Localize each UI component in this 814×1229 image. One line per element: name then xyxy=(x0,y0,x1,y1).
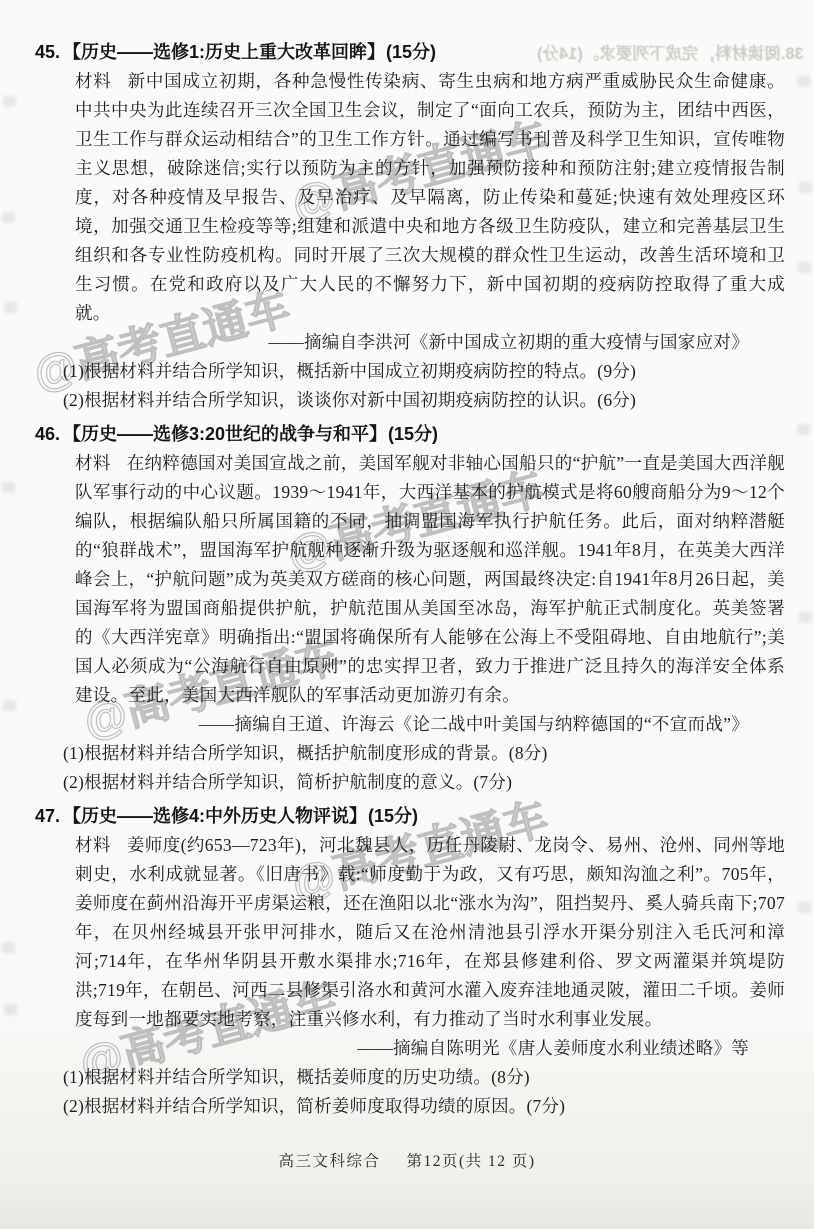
question-heading: 46.【历史——选修3:20世纪的战争与和平】(15分) xyxy=(35,420,786,449)
source-attribution: ——摘编自李洪河《新中国成立初期的重大疫情与国家应对》 xyxy=(75,328,785,357)
material-paragraph: 材料新中国成立初期，各种急慢性传染病、寄生虫病和地方病严重威胁民众生命健康。中共… xyxy=(75,67,785,328)
question-title: 【历史——选修4:中外历史人物评说】 xyxy=(63,806,367,826)
question-heading: 45.【历史——选修1:历史上重大改革回眸】(15分) xyxy=(35,38,786,67)
question-points: (15分) xyxy=(386,42,436,62)
question-heading: 47.【历史——选修4:中外历史人物评说】(15分) xyxy=(35,802,786,831)
material-paragraph: 材料在纳粹德国对美国宣战之前，美国军舰对非轴心国船只的“护航”一直是美国大西洋舰… xyxy=(75,449,785,710)
source-attribution: ——摘编自陈明光《唐人姜师度水利业绩述略》等 xyxy=(75,1034,785,1063)
footer-course-label: 高三文科综合 xyxy=(278,1153,380,1170)
material-paragraph: 材料姜师度(约653—723年)，河北魏县人，历任丹陵尉、龙岗令、易州、沧州、同… xyxy=(75,831,785,1034)
sub-question-1: (1)根据材料并结合所学知识，概括新中国成立初期疫病防控的特点。(9分) xyxy=(63,357,786,386)
question-points: (15分) xyxy=(368,806,418,826)
material-label: 材料 xyxy=(75,835,111,855)
question-47: 47.【历史——选修4:中外历史人物评说】(15分) 材料姜师度(约653—72… xyxy=(35,802,786,1121)
sub-question-2: (2)根据材料并结合所学知识，简析护航制度的意义。(7分) xyxy=(63,768,786,797)
material-label: 材料 xyxy=(75,453,111,473)
material-text: 在纳粹德国对美国宣战之前，美国军舰对非轴心国船只的“护航”一直是美国大西洋舰队军… xyxy=(75,453,785,705)
question-title: 【历史——选修1:历史上重大改革回眸】 xyxy=(63,42,385,62)
sub-question-1: (1)根据材料并结合所学知识，概括护航制度形成的背景。(8分) xyxy=(63,739,786,768)
question-46: 46.【历史——选修3:20世纪的战争与和平】(15分) 材料在纳粹德国对美国宣… xyxy=(35,420,786,797)
sub-question-1: (1)根据材料并结合所学知识，概括姜师度的历史功绩。(8分) xyxy=(63,1063,786,1092)
footer-page-number: 第12页(共 12 页) xyxy=(406,1153,535,1170)
question-number: 47. xyxy=(35,802,63,831)
exam-paper-page: 38.阅读材料，完成下列要求。(14分) @高考直通车 @高考直通车 @高考直通… xyxy=(0,0,814,1229)
question-points: (15分) xyxy=(388,424,438,444)
sub-question-2: (2)根据材料并结合所学知识，谈谈你对新中国初期疫病防控的认识。(6分) xyxy=(63,386,786,415)
page-footer: 高三文科综合第12页(共 12 页) xyxy=(0,1149,814,1171)
material-label: 材料 xyxy=(75,71,112,91)
material-text: 新中国成立初期，各种急慢性传染病、寄生虫病和地方病严重威胁民众生命健康。中共中央… xyxy=(75,71,785,323)
question-number: 45. xyxy=(35,38,63,67)
source-attribution: ——摘编自王道、许海云《论二战中叶美国与纳粹德国的“不宣而战”》 xyxy=(75,710,785,739)
question-45: 45.【历史——选修1:历史上重大改革回眸】(15分) 材料新中国成立初期，各种… xyxy=(35,38,786,415)
exam-content: 45.【历史——选修1:历史上重大改革回眸】(15分) 材料新中国成立初期，各种… xyxy=(0,0,814,1121)
question-number: 46. xyxy=(35,420,63,449)
question-title: 【历史——选修3:20世纪的战争与和平】 xyxy=(63,424,387,444)
material-text: 姜师度(约653—723年)，河北魏县人，历任丹陵尉、龙岗令、易州、沧州、同州等… xyxy=(75,835,785,1029)
sub-question-2: (2)根据材料并结合所学知识，简析姜师度取得功绩的原因。(7分) xyxy=(63,1092,786,1121)
